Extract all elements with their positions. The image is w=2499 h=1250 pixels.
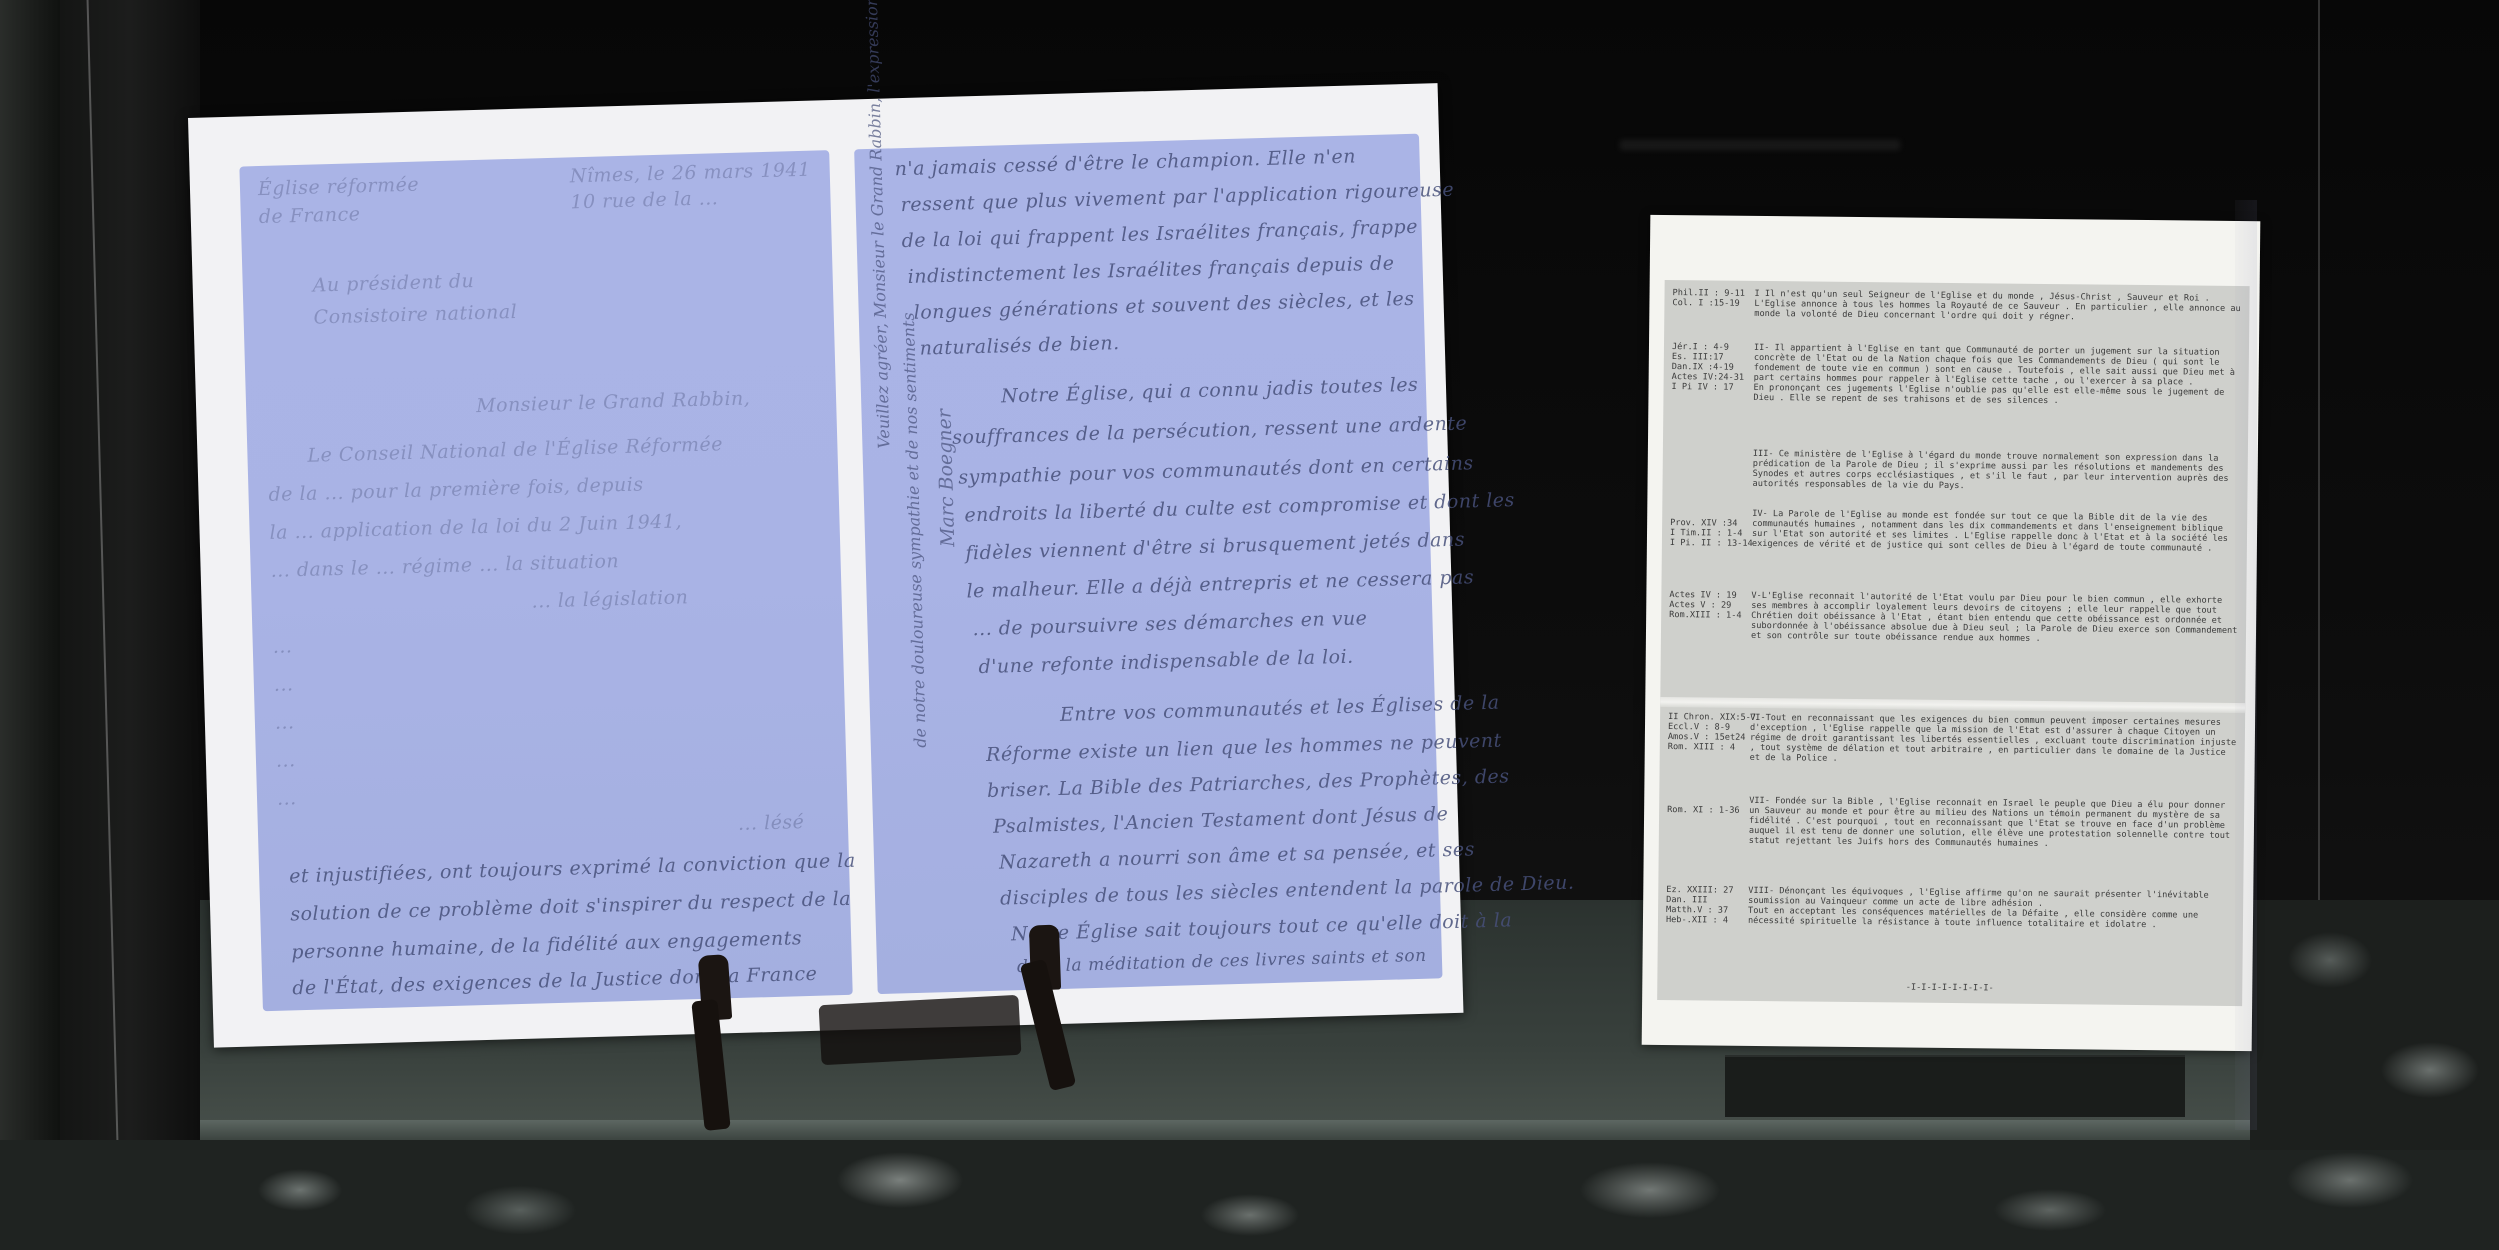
case-frame-left (60, 0, 200, 1250)
letter-line: n'a jamais cessé d'être le champion. Ell… (894, 145, 1356, 180)
letter-line: Nazareth a nourri son âme et sa pensée, … (999, 838, 1475, 873)
letter-line: ... (272, 635, 292, 658)
addressee-line-1: Au président du (312, 270, 474, 297)
letter-line: ... (277, 787, 297, 810)
typed-document: Phil.II : 9-11 Col. I :15-19 I Il n'est … (1642, 215, 2261, 1051)
scripture-refs: Ez. XXIII: 27 Dan. III Matth.V : 37 Heb-… (1666, 885, 1746, 926)
letter-page-left: Église réformée de France Nîmes, le 26 m… (239, 150, 852, 1011)
letter-page-right: Veuillez agréer, Monsieur le Grand Rabbi… (854, 134, 1442, 994)
stand-crossbar (819, 995, 1022, 1065)
thesis-text: VI-Tout en reconnaissant que les exigenc… (1750, 713, 2241, 769)
letter-line: sympathie pour vos communautés dont en c… (958, 452, 1474, 488)
thesis-text: VIII- Dénonçant les équivoques , l'Eglis… (1748, 886, 2238, 932)
end-mark: -I-I-I-I-I-I-I-I- (1657, 980, 2242, 996)
letter-line: la ... application de la loi du 2 Juin 1… (269, 510, 682, 544)
letter-line: dans la méditation de ces livres saints … (1017, 946, 1427, 977)
thesis-4: Prov. XIV :34 I Tim.II : 1-4 I Pi. II : … (1662, 508, 2247, 514)
letter-line: ... dans le ... régime ... la situation (270, 550, 619, 582)
thesis-1: Phil.II : 9-11 Col. I :15-19 I Il n'est … (1665, 288, 2250, 294)
stone-floor-reflection (0, 1140, 2499, 1250)
letter-line: et injustifiées, ont toujours exprimé la… (289, 850, 856, 888)
letter-line: ... lésé (738, 811, 805, 835)
thesis-text: V-L'Eglise reconnait l'autorité de l'Eta… (1751, 591, 2242, 647)
glass-pane-edge (2235, 200, 2257, 1130)
letter-line: de la ... pour la première fois, depuis (268, 473, 644, 505)
letter-line: Notre Église, qui a connu jadis toutes l… (1001, 374, 1419, 408)
paper-fold (1660, 697, 2245, 713)
shelf-edge (200, 1120, 2250, 1140)
letter-line: Entre vos communautés et les Églises de … (1060, 692, 1500, 726)
thesis-8: Ez. XXIII: 27 Dan. III Matth.V : 37 Heb-… (1658, 885, 2243, 891)
letter-line: souffrances de la persécution, ressent u… (952, 412, 1468, 448)
letter-line: naturalisés de bien. (919, 332, 1120, 360)
letter-line: Notre Église sait toujours tout ce qu'el… (1011, 909, 1513, 945)
margin-note-2: de notre douloureuse sympathie et de nos… (899, 312, 930, 748)
scripture-refs: Jér.I : 4-9 Es. III:17 Dan.IX :4-19 Acte… (1672, 342, 1753, 393)
letter-line: longues générations et souvent des siècl… (913, 288, 1414, 324)
left-wall (0, 0, 60, 1250)
scripture-refs (1671, 448, 1751, 449)
glass-reflection (1620, 140, 1900, 150)
letterhead-line-2: de France (258, 203, 360, 228)
scripture-refs: Phil.II : 9-11 Col. I :15-19 (1672, 288, 1752, 309)
document-stand-base (1725, 1055, 2185, 1117)
letter-line: ... la législation (531, 586, 688, 612)
thesis-5: Actes IV : 19 Actes V : 29 Rom.XIII : 1-… (1661, 590, 2246, 596)
letter-line: Réforme existe un lien que les hommes ne… (986, 730, 1502, 766)
scripture-refs: II Chron. XIX:5-7 Eccl.V : 8-9 Amos.V : … (1668, 712, 1748, 753)
thesis-text: II- Il appartient à l'Eglise en tant que… (1753, 343, 2244, 409)
thesis-6: II Chron. XIX:5-7 Eccl.V : 8-9 Amos.V : … (1660, 712, 2245, 718)
letter-line: Le Conseil National de l'Église Réformée (307, 433, 723, 467)
date-line: Nîmes, le 26 mars 1941 (569, 159, 810, 188)
letterhead-line-1: Église réformée (258, 174, 420, 200)
letter-line: de la loi qui frappent les Israélites fr… (901, 216, 1418, 252)
letter-line: fidèles viennent d'être si brusquement j… (965, 529, 1465, 565)
salutation: Monsieur le Grand Rabbin, (476, 387, 751, 417)
letter-line: le malheur. Elle a déjà entrepris et ne … (966, 566, 1474, 602)
letter-line: briser. La Bible des Patriarches, des Pr… (987, 765, 1510, 802)
letter-line: ... (276, 749, 296, 772)
stone-floor-right (2250, 900, 2499, 1150)
letter-line: ressent que plus vivement par l'applicat… (900, 179, 1454, 216)
letter-line: solution de ce problème doit s'inspirer … (290, 888, 851, 926)
letter-line: ... (274, 673, 294, 696)
addressee-line-2: Consistoire national (313, 301, 517, 329)
letter-line: Psalmistes, l'Ancien Testament dont Jésu… (993, 803, 1449, 838)
handwritten-letter: Église réformée de France Nîmes, le 26 m… (188, 83, 1463, 1048)
address-line: 10 rue de la ... (570, 187, 718, 213)
scripture-refs: Actes IV : 19 Actes V : 29 Rom.XIII : 1-… (1669, 590, 1749, 621)
display-case-photo: Église réformée de France Nîmes, le 26 m… (0, 0, 2499, 1250)
letter-line: endroits la liberté du culte est comprom… (964, 489, 1515, 526)
typed-sheet: Phil.II : 9-11 Col. I :15-19 I Il n'est … (1657, 280, 2250, 1006)
thesis-text: III- Ce ministère de l'Eglise à l'égard … (1752, 449, 2242, 495)
scripture-refs: Prov. XIV :34 I Tim.II : 1-4 I Pi. II : … (1670, 518, 1750, 549)
letter-line: ... (275, 711, 295, 734)
thesis-text: VII- Fondée sur la Bible , l'Eglise reco… (1749, 796, 2240, 852)
scripture-refs: Rom. XI : 1-36 (1667, 805, 1747, 816)
thesis-3: III- Ce ministère de l'Eglise à l'égard … (1663, 448, 2248, 454)
thesis-2: Jér.I : 4-9 Es. III:17 Dan.IX :4-19 Acte… (1664, 342, 2249, 348)
thesis-7: Rom. XI : 1-36 VII- Fondée sur la Bible … (1659, 795, 2244, 801)
letter-line: indistinctement les Israélites français … (907, 252, 1394, 288)
thesis-text: I Il n'est qu'un seul Seigneur de l'Egli… (1754, 289, 2244, 324)
letter-line: d'une refonte indispensable de la loi. (978, 646, 1354, 678)
thesis-text: IV- La Parole de l'Eglise au monde est f… (1752, 509, 2242, 555)
letter-line: de l'État, des exigences de la Justice d… (292, 963, 818, 1000)
